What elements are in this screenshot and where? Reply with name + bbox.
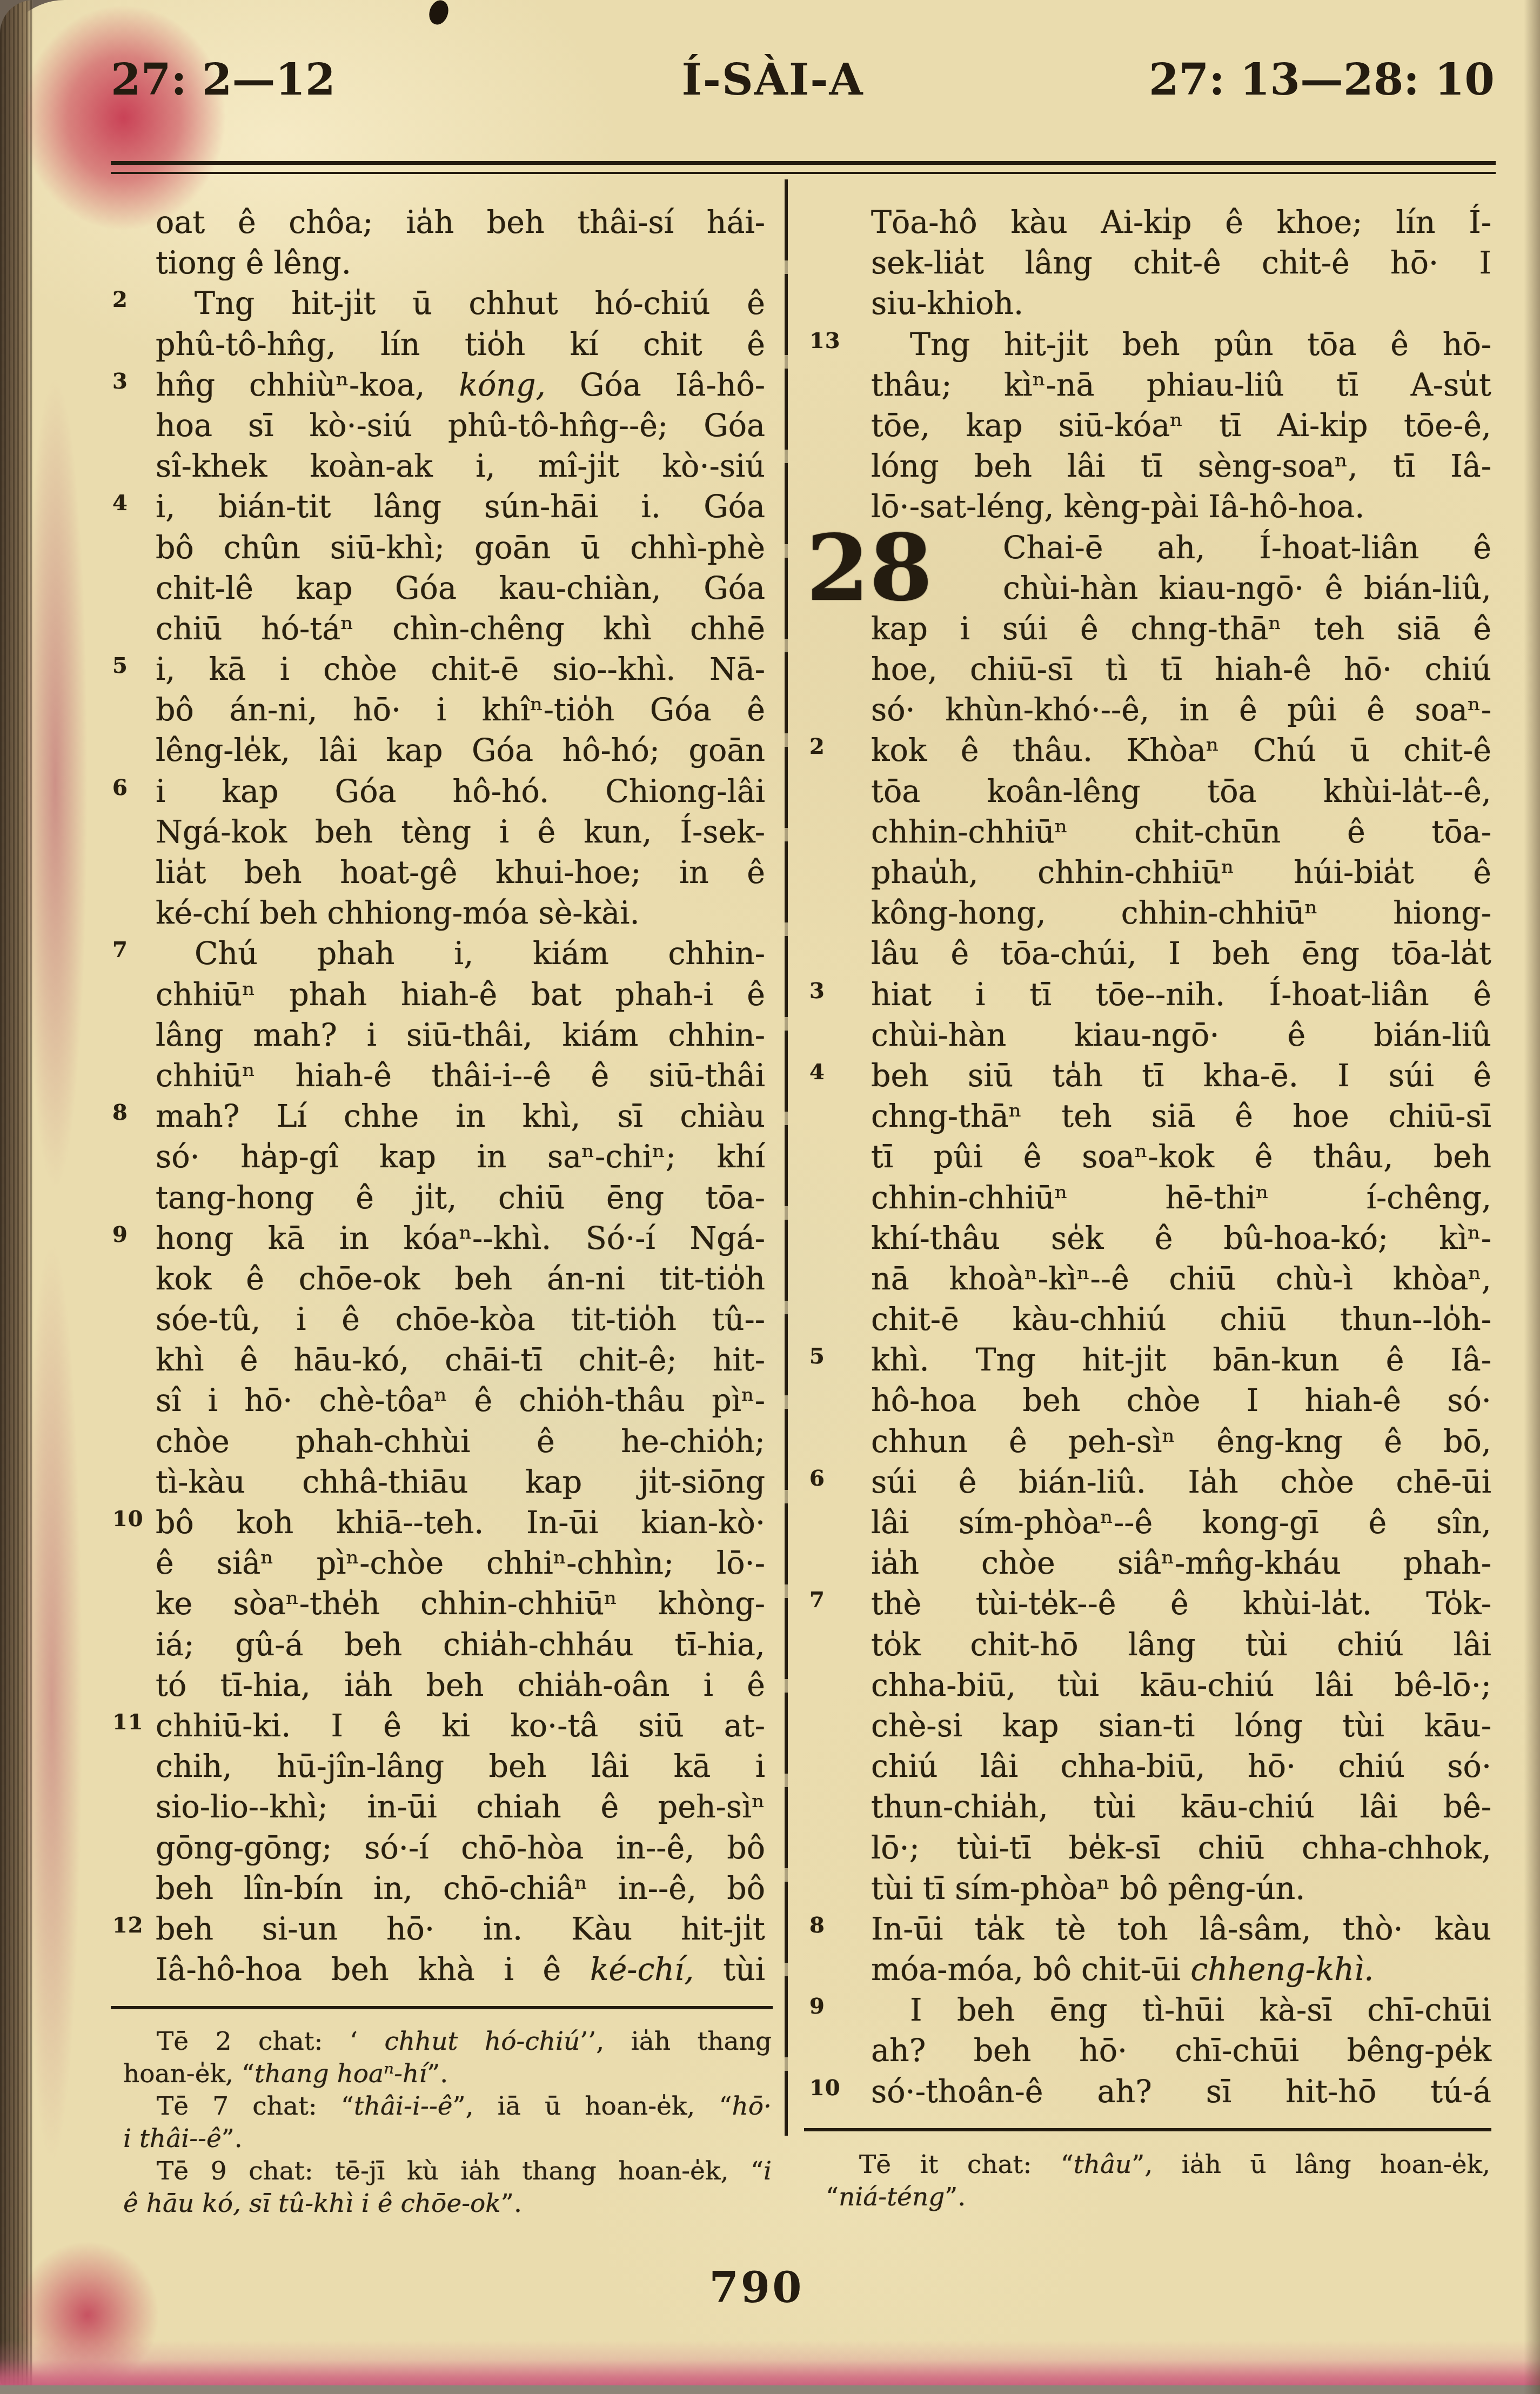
verse-number: 7 [809,1584,825,1616]
text-line: 5i, kā i chòe chit-ē sio--khì. Nā- [156,650,765,690]
scanned-page-screenshot: { "header": { "left_range": "27: 2—12", … [0,0,1540,2394]
text-line: 6i kap Góa hô-hó. Chiong-lâi [156,772,765,812]
scan-bottom-edge [0,2385,1540,2394]
text-line: lâng mah? i siū-thâi, kiám chhin- [156,1015,765,1056]
text-line: tōa koân-lêng tōa khùi-la̍t--ê, [871,772,1491,812]
text-line: Tōa-hô kàu Ai-ki̍p ê khoe; lín Í- [871,203,1491,243]
header-verse-range-left: 27: 2—12 [111,54,336,103]
text-line: iá; gû-á beh chia̍h-chháu tī-hia, [156,1625,765,1666]
text-line: tó tī-hia, ia̍h beh chia̍h-oân i ê [156,1666,765,1706]
text-line: to̍k chit-hō lâng tùi chiú lâi [871,1625,1491,1666]
header-verse-range-right: 27: 13—28: 10 [1149,54,1495,103]
text-line: Tē 9 chat: tē-jī kù ia̍h thang hoan-e̍k,… [123,2155,772,2188]
text-line: chhin-chhiūⁿ chit-chūn ê tōa- [871,812,1491,853]
text-line: phau̍h, chhin-chhiūⁿ húi-bia̍t ê [871,853,1491,893]
text-line: beh lîn-bín in, chō-chiâⁿ in--ê, bô [156,1869,765,1909]
header-double-rule-top [111,161,1496,165]
text-line: ia̍h chòe siâⁿ-mn̂g-kháu phah- [871,1543,1491,1584]
verse-number: 5 [112,650,128,682]
text-line: 8mah? Lí chhe in khì, sī chiàu [156,1096,765,1137]
text-line: sóe-tû, i ê chōe-kòa tit-tio̍h tû-- [156,1300,765,1340]
text-line: gōng-gōng; só·-í chō-hòa in--ê, bô [156,1828,765,1869]
text-line: 5khì. Tng hit-ji̍t bān-kun ê Iâ- [871,1340,1491,1381]
text-line: ah? beh hō· chī-chūi bêng-pe̍k [871,2031,1491,2071]
text-line: kông-hong, chhin-chhiūⁿ hiong- [871,893,1491,934]
page-right-edge-shadow [1524,0,1540,2394]
verse-number: 9 [112,1219,128,1251]
verse-number: 8 [112,1096,128,1129]
text-line: 11chhiū-ki. I ê ki ko·-tâ siū at- [156,1706,765,1747]
verse-number: 3 [112,365,128,398]
verse-number: 12 [112,1909,144,1942]
text-line: lō·; tùi-tī be̍k-sī chiū chha-chhok, [871,1828,1491,1869]
text-line: chè-si kap sian-ti lóng tùi kāu- [871,1706,1491,1747]
text-line: kap i súi ê chng-thāⁿ teh siā ê [871,609,1491,650]
text-line: thun-chia̍h, tùi kāu-chiú lâi bê- [871,1787,1491,1828]
text-line: ê hāu kó, sī tû-khì i ê chōe-ok”. [123,2188,772,2220]
text-line: chhin-chhiūⁿ hē-thiⁿ í-chêng, [871,1178,1491,1219]
text-line: ke sòaⁿ-the̍h chhin-chhiūⁿ khòng- [156,1584,765,1624]
text-line: 3hn̂g chhiùⁿ-koa, kóng, Góa Iâ-hô- [156,365,765,406]
text-line: 4i, bián-tit lâng sún-hāi i. Góa [156,487,765,527]
verse-number: 2 [809,731,825,763]
text-line: sî i hō· chè-tôaⁿ ê chio̍h-thâu pìⁿ- [156,1381,765,1421]
text-line: 7thè tùi-te̍k--ê ê khùi-la̍t. To̍k- [871,1584,1491,1624]
text-line: 7Chú phah i, kiám chhin- [156,934,765,974]
text-line: só· ha̍p-gî kap in saⁿ-chiⁿ; khí [156,1137,765,1178]
text-line: 10só·-thoân-ê ah? sī hit-hō tú-á [871,2072,1491,2112]
left-text-column: oat ê chôa; ia̍h beh thâi-sí hái-tiong ê… [156,203,765,1990]
book-page: 27: 2—12 Í-SÀI-A 27: 13—28: 10 oat ê chô… [0,0,1540,2390]
text-line: 10bô koh khiā--teh. In-ūi kian-kò· [156,1503,765,1543]
text-line: chit-lê kap Góa kau-chiàn, Góa [156,569,765,609]
header-book-title: Í-SÀI-A [681,54,863,103]
text-line: ê siâⁿ pìⁿ-chòe chhiⁿ-chhìn; lō·- [156,1543,765,1584]
text-line: Tē 7 chat: “thâi-i--ê”, iā ū hoan-e̍k, “… [123,2090,772,2123]
text-line: 9hong kā in kóaⁿ--khì. Só·-í Ngá- [156,1219,765,1259]
text-line: oat ê chôa; ia̍h beh thâi-sí hái- [156,203,765,243]
text-line: hoa sī kò·-siú phû-tô-hn̂g--ê; Góa [156,406,765,446]
text-line: tang-hong ê ji̍t, chiū ēng tōa- [156,1178,765,1219]
text-line: lō·-sat-léng, kèng-pài Iâ-hô-hoa. [871,487,1491,527]
text-line: móa-móa, bô chit-ūi chheng-khì. [871,1950,1491,1990]
text-line: tiong ê lêng. [156,243,765,284]
text-line: lêng-le̍k, lâi kap Góa hô-hó; goān [156,731,765,771]
text-line: tì-kàu chhâ-thiāu kap ji̍t-siōng [156,1462,765,1503]
text-line: hoe, chiū-sī tì tī hiah-ê hō· chiú [871,650,1491,690]
verse-number: 10 [809,2072,841,2104]
verse-number: 2 [112,284,128,316]
verse-number: 5 [809,1340,825,1373]
text-line: 8In-ūi ta̍k tè toh lâ-sâm, thò· kàu [871,1909,1491,1950]
ink-smudge [426,0,452,27]
verse-number: 11 [112,1706,144,1738]
text-line: tùi tī sím-phòaⁿ bô pêng-ún. [871,1869,1491,1909]
text-line: khì ê hāu-kó, chāi-tī chit-ê; hit- [156,1340,765,1381]
text-line: chhiūⁿ hiah-ê thâi-i--ê ê siū-thâi [156,1056,765,1096]
verse-number: 4 [809,1056,825,1088]
verse-number: 13 [809,325,841,357]
verse-number: 6 [112,772,128,804]
text-line: siu-khioh. [871,284,1491,324]
text-line: chih, hū-jîn-lâng beh lâi kā i [156,1747,765,1787]
text-line: 2kok ê thâu. Khòaⁿ Chú ū chit-ê [871,731,1491,771]
text-line: Iâ-hô-hoa beh khà i ê ké-chí, tùi [156,1950,765,1990]
text-line: sî-khek koàn-ak i, mî-ji̍t kò·-siú [156,446,765,487]
text-line: 12beh si-un hō· in. Kàu hit-ji̍t [156,1909,765,1950]
text-line: chha-biū, tùi kāu-chiú lâi bê-lō·; [871,1666,1491,1706]
text-line: chòe phah-chhùi ê he-chio̍h; [156,1422,765,1462]
text-line: chùi-hàn kiau-ngō· ê bián-liû, [871,569,1491,609]
text-line: tōe, kap siū-kóaⁿ tī Ai-ki̍p tōe-ê, [871,406,1491,446]
text-line: chng-thāⁿ teh siā ê hoe chiū-sī [871,1096,1491,1137]
right-footnotes: Tē it chat: “thâu”, ia̍h ū lâng hoan-e̍k… [826,2149,1490,2214]
text-line: thâu; kìⁿ-nā phiau-liû tī A-su̍t [871,365,1491,406]
text-line: Ngá-kok beh tèng i ê kun, Í-sek- [156,812,765,853]
text-line: nā khoàⁿ-kìⁿ--ê chiū chù-ì khòaⁿ, [871,1259,1491,1300]
text-line: bô chûn siū-khì; goān ū chhì-phè [156,528,765,569]
text-line: chiū hó-táⁿ chìn-chêng khì chhē [156,609,765,650]
text-line: só· khùn-khó·--ê, in ê pûi ê soaⁿ- [871,690,1491,731]
text-line: chhun ê peh-sìⁿ êng-kng ê bō, [871,1422,1491,1462]
text-line: lâu ê tōa-chúi, I beh ēng tōa-la̍t [871,934,1491,974]
text-line: chùi-hàn kiau-ngō· ê bián-liû [871,1015,1491,1056]
text-line: bô án-ni, hō· i khîⁿ-tio̍h Góa ê [156,690,765,731]
verse-number: 4 [112,487,128,519]
verse-number: 6 [809,1462,825,1495]
text-line: ké-chí beh chhiong-móa sè-kài. [156,893,765,934]
text-line: kok ê chōe-ok beh án-ni tit-tio̍h [156,1259,765,1300]
text-line: lia̍t beh hoat-gê khui-hoe; in ê [156,853,765,893]
text-line: sio-lio--khì; in-ūi chiah ê peh-sìⁿ [156,1787,765,1828]
verse-number: 7 [112,934,128,966]
text-line: 4beh siū ta̍h tī kha-ē. I súi ê [871,1056,1491,1096]
text-line: Tē 2 chat: ‘ chhut hó-chiú’’, ia̍h thang [123,2025,772,2058]
text-line: 9I beh ēng tì-hūi kà-sī chī-chūi [871,1990,1491,2031]
text-line: Tē it chat: “thâu”, ia̍h ū lâng hoan-e̍k… [826,2149,1490,2181]
text-line: phû-tô-hn̂g, lín tio̍h kí chit ê [156,325,765,365]
text-line: 13Tng hit-ji̍t beh pûn tōa ê hō- [871,325,1491,365]
text-line: tī pûi ê soaⁿ-kok ê thâu, beh [871,1137,1491,1178]
left-footnotes: Tē 2 chat: ‘ chhut hó-chiú’’, ia̍h thang… [123,2025,772,2220]
text-line: “niá-téng”. [826,2181,1490,2214]
text-line: 6súi ê bián-liû. Ia̍h chòe chē-ūi [871,1462,1491,1503]
text-line: hô-hoa beh chòe I hiah-ê só· [871,1381,1491,1421]
book-binding-edge [0,0,34,2390]
text-line: chit-ē kàu-chhiú chiū thun--lo̍h- [871,1300,1491,1340]
verse-number: 8 [809,1909,825,1942]
red-dye-stain-middle [23,378,104,1189]
verse-number: 3 [809,975,825,1007]
verse-number: 9 [809,1990,825,2023]
text-line: 2Tng hit-ji̍t ū chhut hó-chiú ê [156,284,765,324]
right-text-column: Tōa-hô kàu Ai-ki̍p ê khoe; lín Í-sek-lia… [871,203,1491,2112]
verse-number: 10 [112,1503,144,1535]
text-line: khí-thâu se̍k ê bû-hoa-kó; kìⁿ- [871,1219,1491,1259]
header-double-rule-bottom [111,172,1496,174]
text-line: sek-lia̍t lâng chi̍t-ê chi̍t-ê hō· I [871,243,1491,284]
text-line: 3hiat i tī tōe--nih. Í-hoat-liân ê [871,975,1491,1015]
text-line: Chai-ē ah, Í-hoat-liân ê [871,528,1491,569]
left-footnote-rule [111,2006,773,2009]
text-line: lóng beh lâi tī sèng-soaⁿ, tī Iâ- [871,446,1491,487]
text-line: lâi sím-phòaⁿ--ê kong-gī ê sîn, [871,1503,1491,1543]
text-line: hoan-e̍k, “thang hoaⁿ-hí”. [123,2058,772,2090]
text-line: chhiūⁿ phah hiah-ê bat phah-i ê [156,975,765,1015]
column-divider [785,179,788,2136]
text-line: i thâi--ê”. [123,2123,772,2155]
page-edge-pink-dye [0,2340,1540,2390]
chapter-number: 28 [806,525,933,611]
right-footnote-rule [804,2128,1491,2131]
page-number: 790 [709,2263,804,2312]
text-line: chiú lâi chha-biū, hō· chiú só· [871,1747,1491,1787]
